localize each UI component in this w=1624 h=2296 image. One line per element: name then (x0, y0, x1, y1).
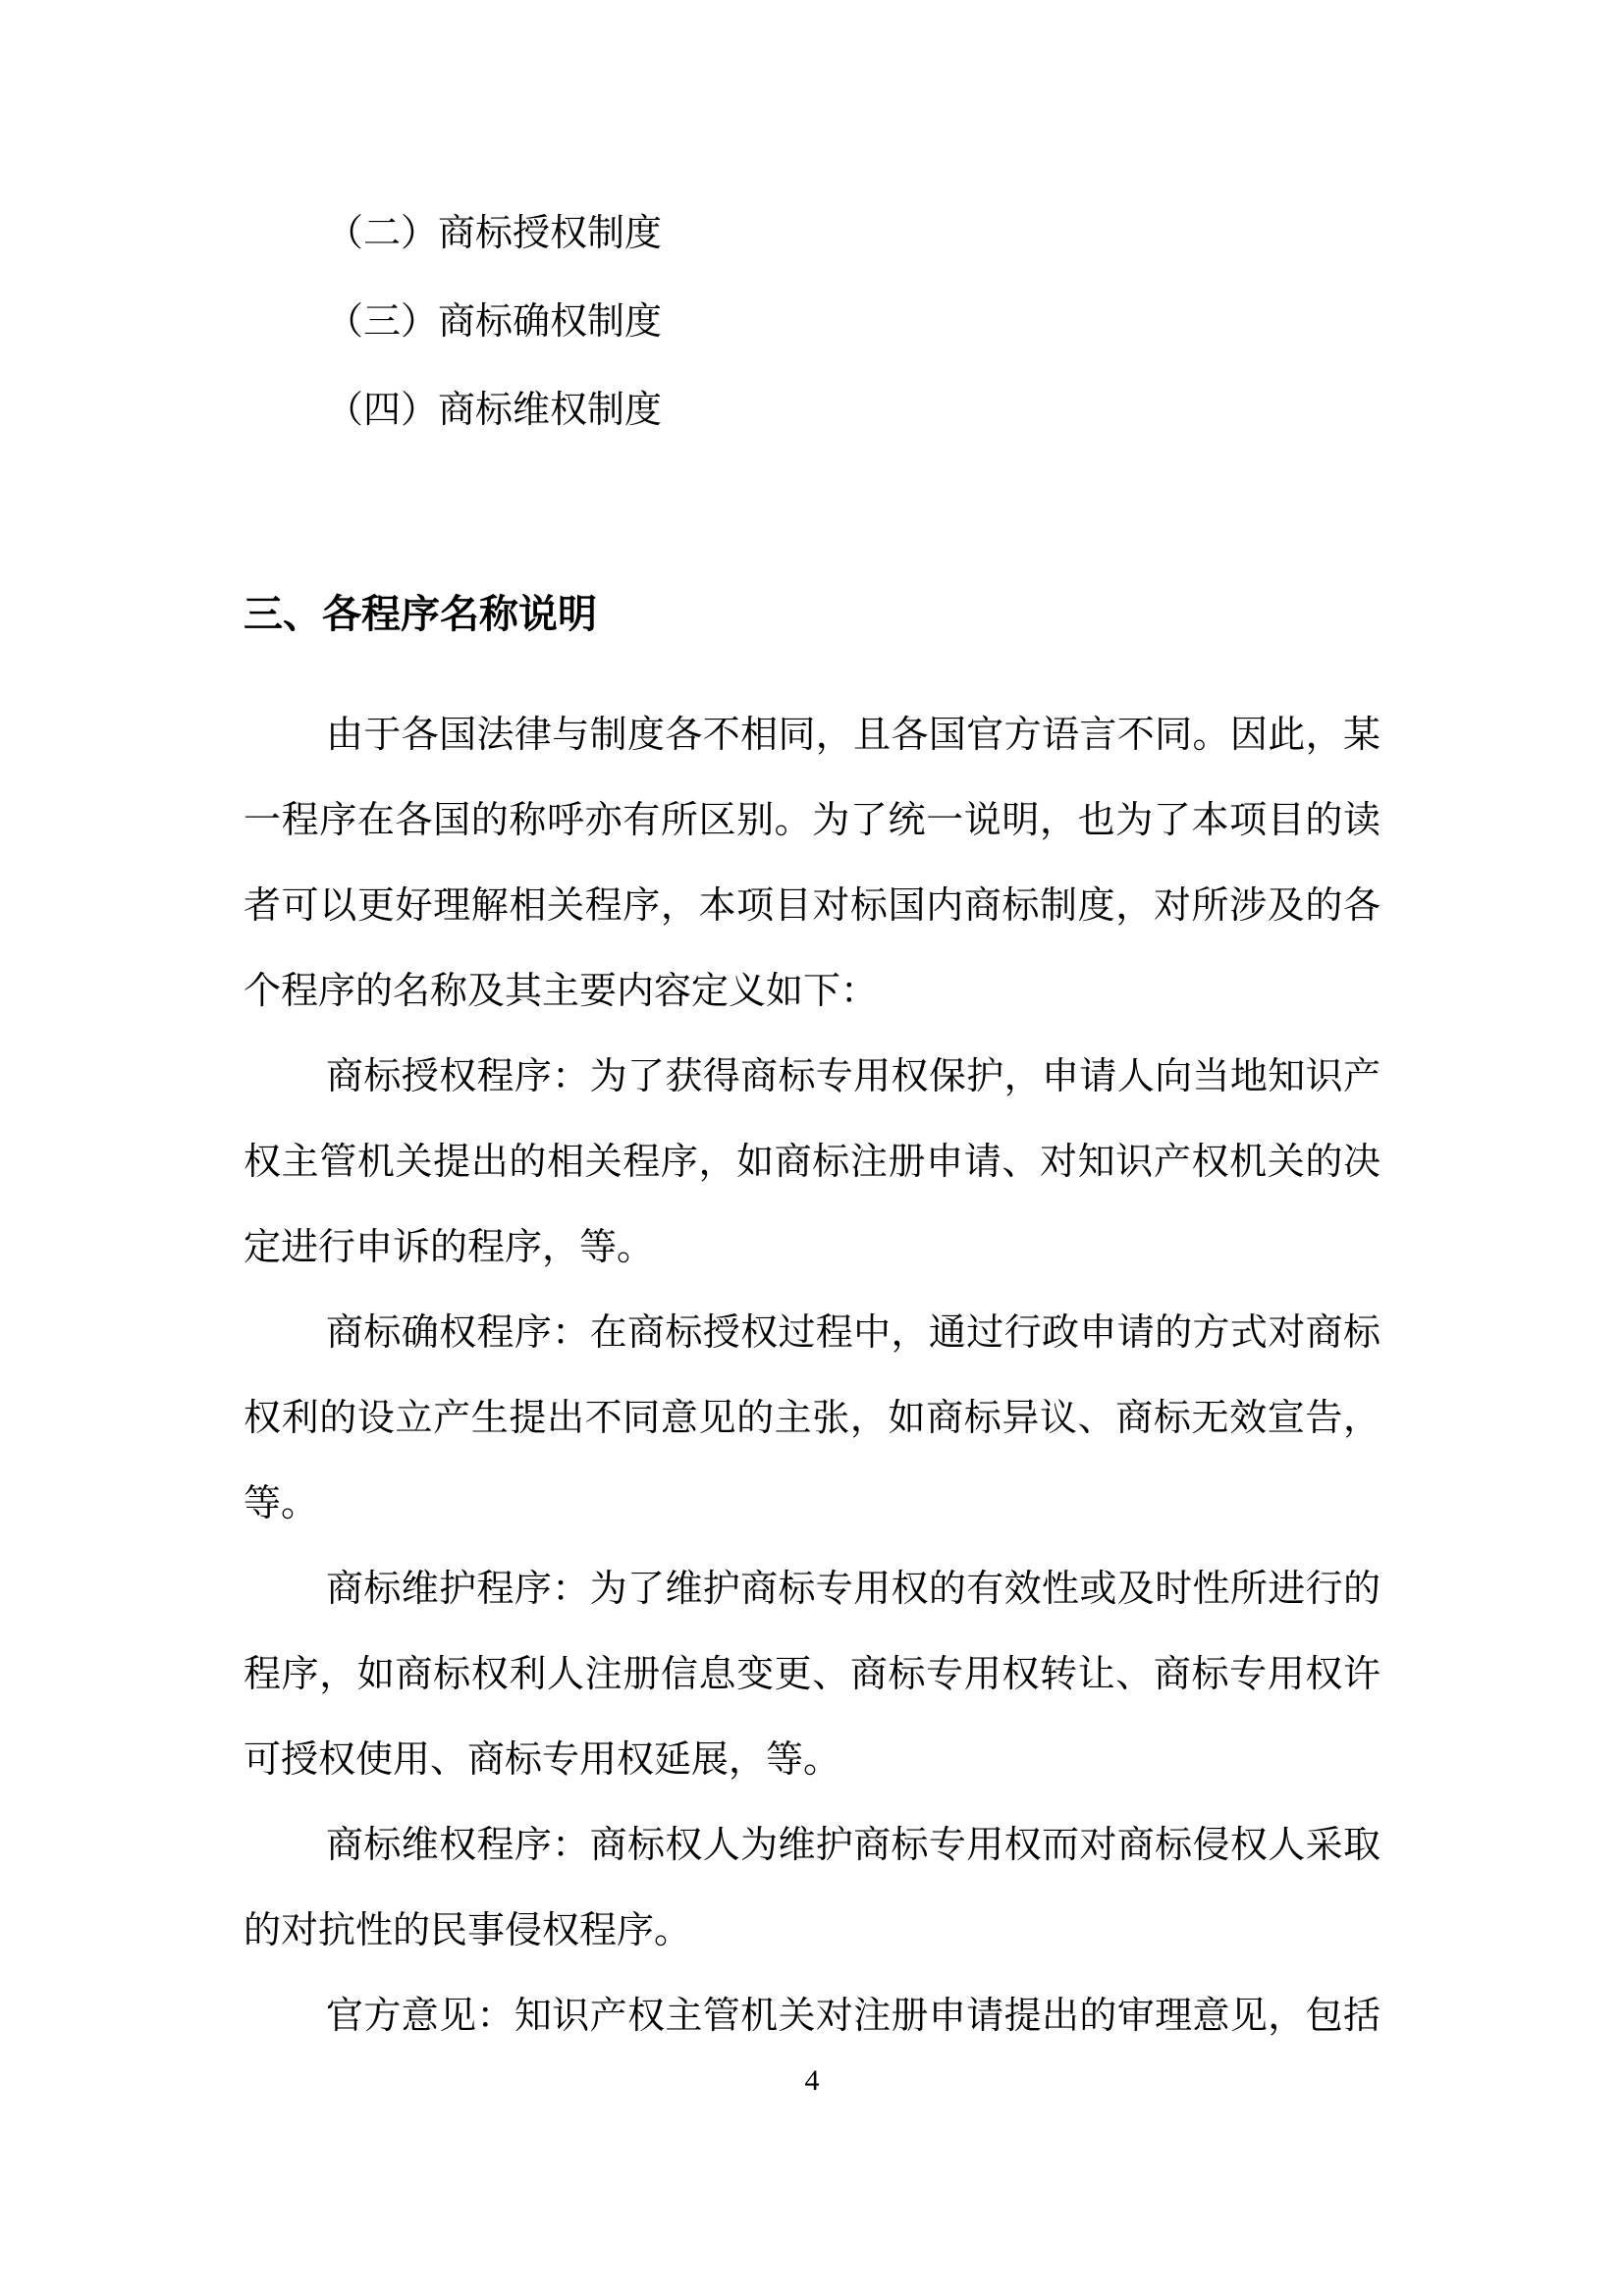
paragraph-line: 定进行申诉的程序，等。 (244, 1205, 1380, 1291)
paragraph: 商标维护程序：为了维护商标专用权的有效性或及时性所进行的 程序，如商标权利人注册… (244, 1547, 1380, 1803)
paragraph-line: 官方意见：知识产权主管机关对注册申请提出的审理意见，包括 (244, 1974, 1380, 2059)
paragraph-line: 商标确权程序：在商标授权过程中，通过行政申请的方式对商标 (244, 1291, 1380, 1376)
paragraph-line: 程序，如商标权利人注册信息变更、商标专用权转让、商标专用权许 (244, 1632, 1380, 1718)
paragraph-line: 一程序在各国的称呼亦有所区别。为了统一说明，也为了本项目的读 (244, 778, 1380, 864)
page-number: 4 (0, 2063, 1624, 2099)
paragraph-line: 权利的设立产生提出不同意见的主张，如商标异议、商标无效宣告， (244, 1376, 1380, 1462)
paragraph: 由于各国法律与制度各不相同，且各国官方语言不同。因此，某 一程序在各国的称呼亦有… (244, 693, 1380, 1035)
paragraph-line: 等。 (244, 1462, 1380, 1547)
paragraph-line: 个程序的名称及其主要内容定义如下： (244, 949, 1380, 1035)
section-heading: 三、各程序名称说明 (244, 568, 1380, 660)
list-item: （三）商标确权制度 (244, 278, 1380, 366)
paragraph: 商标维权程序：商标权人为维护商标专用权而对商标侵权人采取 的对抗性的民事侵权程序… (244, 1803, 1380, 1974)
paragraph-line: 由于各国法律与制度各不相同，且各国官方语言不同。因此，某 (244, 693, 1380, 778)
list-item: （四）商标维权制度 (244, 366, 1380, 454)
paragraph-line: 可授权使用、商标专用权延展，等。 (244, 1718, 1380, 1803)
document-page: （二）商标授权制度 （三）商标确权制度 （四）商标维权制度 三、各程序名称说明 … (0, 0, 1624, 2296)
paragraph-line: 权主管机关提出的相关程序，如商标注册申请、对知识产权机关的决 (244, 1120, 1380, 1205)
paragraph-line: 者可以更好理解相关程序，本项目对标国内商标制度，对所涉及的各 (244, 864, 1380, 949)
list-item: （二）商标授权制度 (244, 189, 1380, 278)
outline-list: （二）商标授权制度 （三）商标确权制度 （四）商标维权制度 (244, 189, 1380, 454)
paragraph: 商标授权程序：为了获得商标专用权保护，申请人向当地知识产 权主管机关提出的相关程… (244, 1035, 1380, 1291)
paragraph-line: 商标维护程序：为了维护商标专用权的有效性或及时性所进行的 (244, 1547, 1380, 1632)
paragraph: 官方意见：知识产权主管机关对注册申请提出的审理意见，包括 (244, 1974, 1380, 2059)
paragraph-line: 的对抗性的民事侵权程序。 (244, 1889, 1380, 1974)
paragraph-line: 商标维权程序：商标权人为维护商标专用权而对商标侵权人采取 (244, 1803, 1380, 1889)
paragraph-line: 商标授权程序：为了获得商标专用权保护，申请人向当地知识产 (244, 1035, 1380, 1120)
paragraph: 商标确权程序：在商标授权过程中，通过行政申请的方式对商标 权利的设立产生提出不同… (244, 1291, 1380, 1547)
